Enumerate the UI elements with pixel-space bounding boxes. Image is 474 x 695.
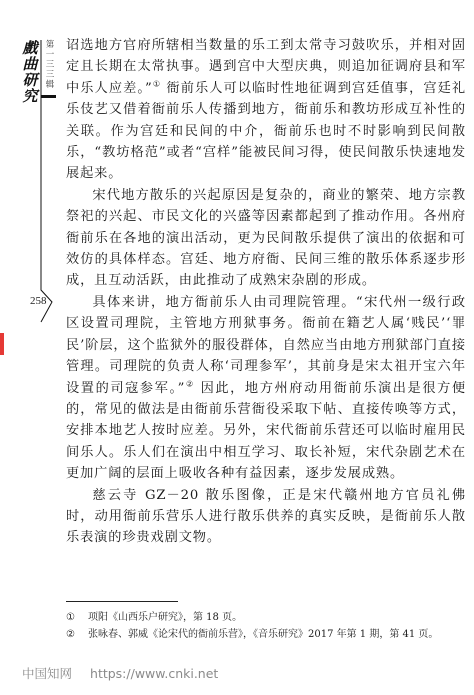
footnote-item: ②张咏春、郭威《论宋代的衙前乐营》，《音乐研究》2017 年第 1 期，第 41… [66,626,466,643]
footnote-divider [66,601,178,602]
paragraph: 宋代地方散乐的兴起原因是复杂的，商业的繁荣、地方宗教祭祀的兴起、市民文化的兴盛等… [66,185,466,292]
source-watermark: 中国知网https://www.cnki.net [22,664,236,682]
paragraph: 诏选地方官府所辖相当数量的乐工到太常寺习鼓吹乐，并相对固定且长期在太常执事。遇到… [66,35,466,185]
footnote-ref[interactable]: ① [153,79,161,88]
watermark-site-name: 中国知网 [22,666,72,681]
paragraph: 慈云寺 GZ－20 散乐图像，正是宋代赣州地方官员礼佛时，动用衙前乐营乐人进行散… [66,485,466,549]
footnote-ref[interactable]: ② [185,379,194,388]
footnotes: ①项阳《山西乐户研究》，第 18 页。 ②张咏春、郭威《论宋代的衙前乐营》，《音… [66,609,466,643]
article-body: 诏选地方官府所辖相当数量的乐工到太常寺习鼓吹乐，并相对固定且长期在太常执事。遇到… [66,35,466,549]
footnote-item: ①项阳《山西乐户研究》，第 18 页。 [66,609,466,626]
watermark-url[interactable]: https://www.cnki.net [90,666,218,681]
page-number: 258 [30,295,47,307]
document-page: 戲 曲 研 究 第 一 三 三 辑 258 诏选地方官府所辖相当数量的乐工到太常… [0,0,474,695]
footnote-mark: ① [66,609,88,626]
footnote-mark: ② [66,626,88,643]
edge-marker [0,333,4,355]
paragraph: 具体来讲，地方衙前乐人由司理院管理。“宋代州一级行政区设置司理院，主管地方刑狱事… [66,292,466,485]
